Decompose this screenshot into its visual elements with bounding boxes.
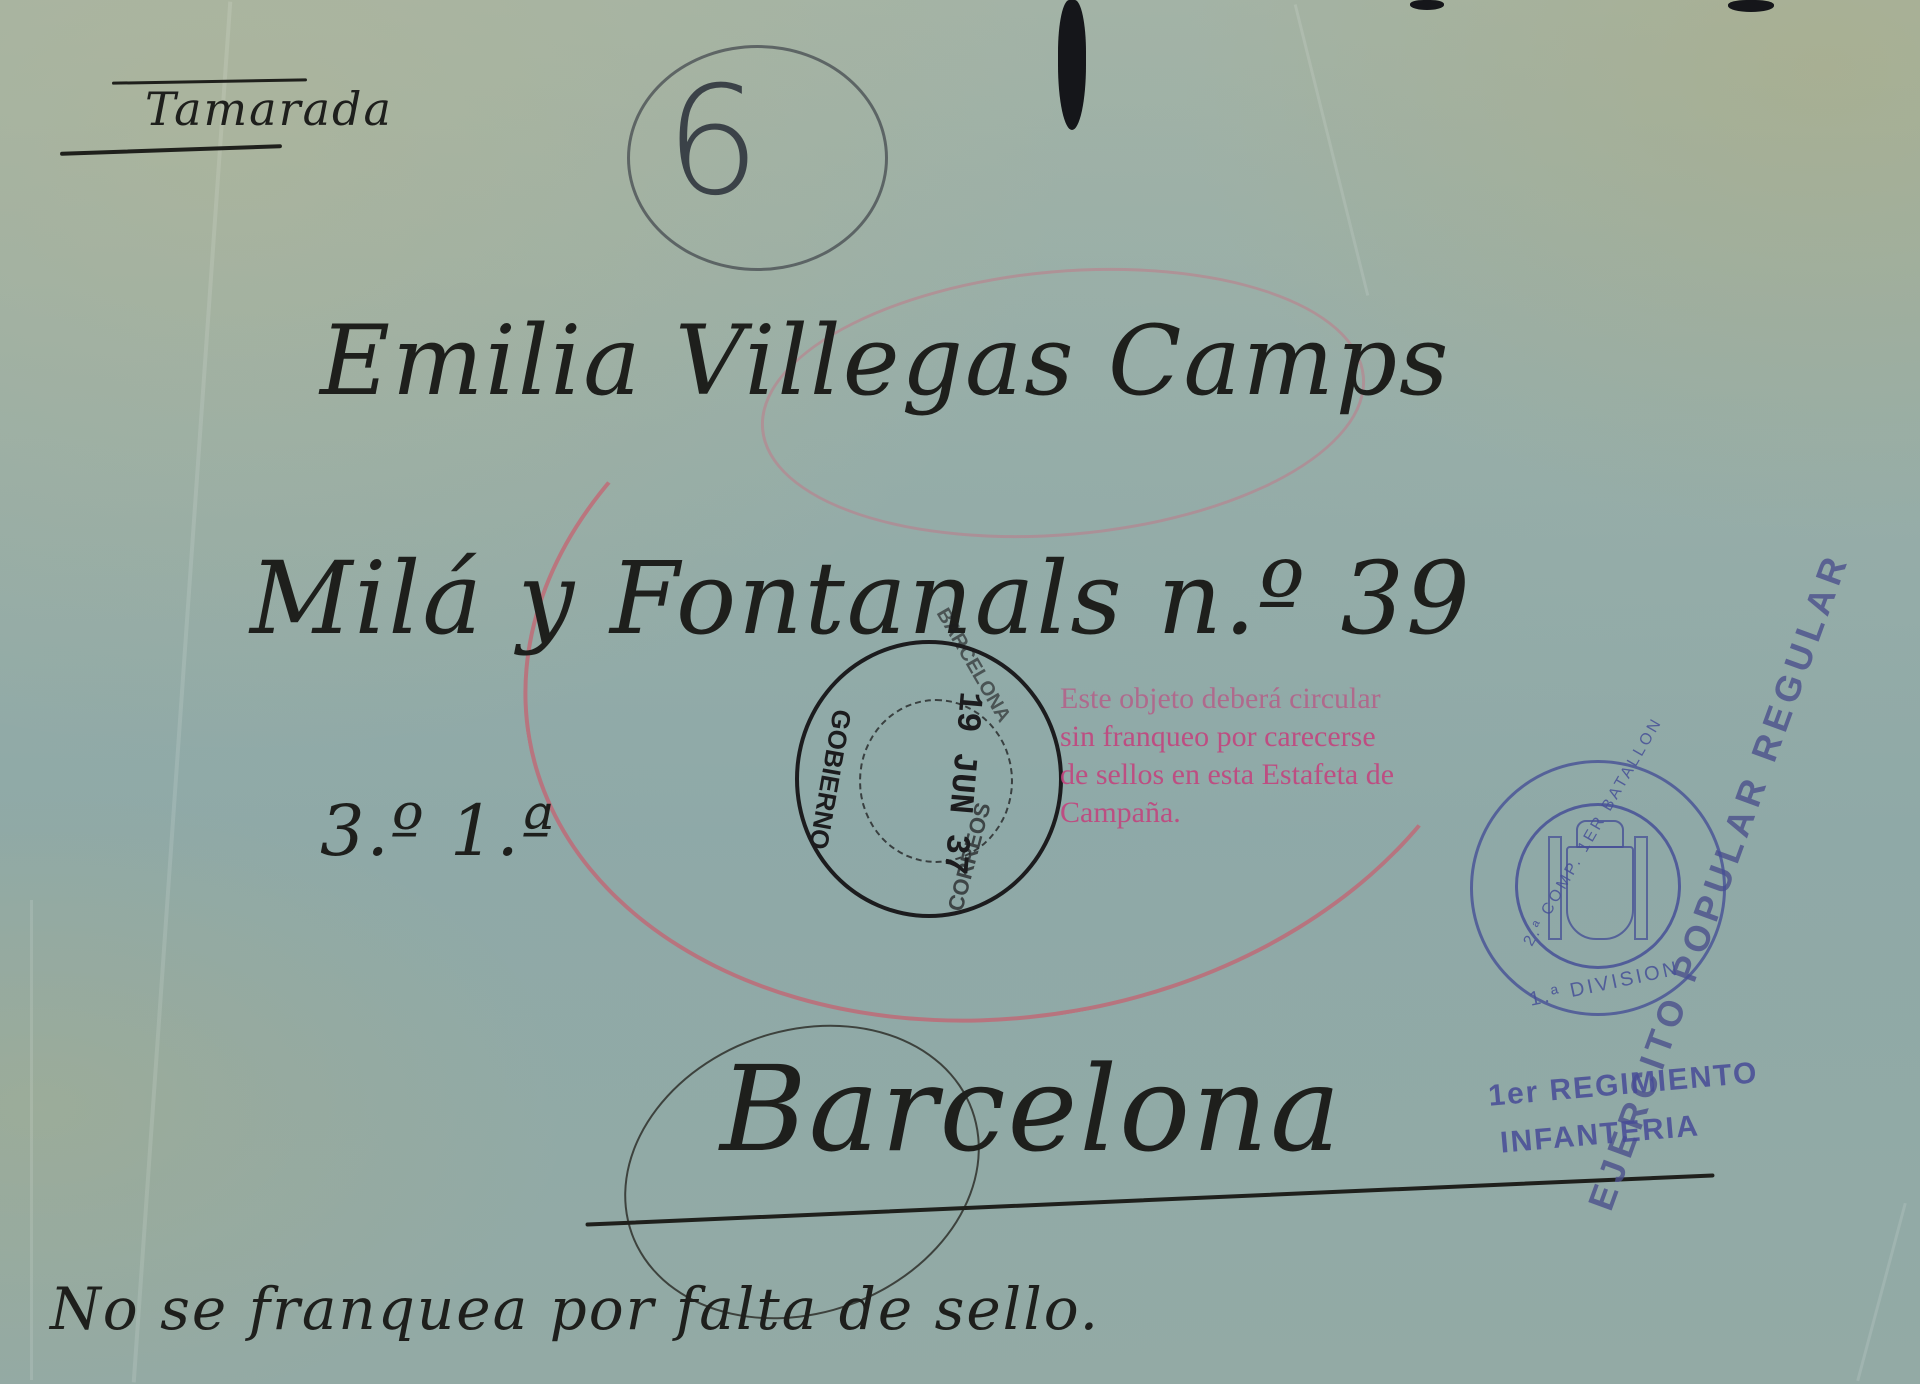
top-note-underline (60, 144, 282, 156)
paper-crease (1294, 4, 1369, 296)
paper-crease (132, 2, 233, 1383)
torn-edge (1728, 0, 1774, 12)
torn-edge (1410, 0, 1444, 10)
pillar-icon (1634, 836, 1648, 940)
addressee-floor: 3.º 1.ª (320, 790, 556, 872)
pillar-icon (1548, 836, 1562, 940)
paper-crease (1856, 1203, 1907, 1382)
circular-postmark: 19 JUN 37 GOBIERNO BARCELONA CORREOS (795, 640, 1063, 918)
coat-of-arms-icon (1566, 846, 1634, 940)
violet-cachet: Este objeto deberá circular sin franqueo… (1060, 680, 1394, 832)
addressee-name: Emilia Villegas Camps (320, 305, 1450, 417)
addressee-city: Barcelona (720, 1040, 1343, 1178)
paper-crease (30, 900, 33, 1380)
pencil-number: 6 (665, 55, 762, 229)
top-note: Tamarada (145, 82, 393, 136)
cachet-line-4: Campaña. (1060, 794, 1394, 832)
postmark-ring-left: GOBIERNO (802, 707, 857, 852)
envelope: Tamarada 6 Emilia Villegas Camps Milá y … (0, 0, 1920, 1384)
crown-icon (1576, 820, 1624, 848)
torn-edge (1058, 0, 1086, 130)
cachet-line-3: de sellos en esta Estafeta de (1060, 756, 1394, 794)
addressee-street: Milá y Fontanals n.º 39 (250, 540, 1472, 657)
cachet-line-1: Este objeto deberá circular (1060, 680, 1394, 718)
cachet-line-2: sin franqueo por carecerse (1060, 718, 1394, 756)
seal-center-ring (1515, 803, 1681, 969)
bottom-note: No se franquea por falta de sello. (50, 1275, 1100, 1343)
military-seal: 2.ª COMP. 1ER BATALLON 1.ª DIVISION (1470, 760, 1726, 1016)
